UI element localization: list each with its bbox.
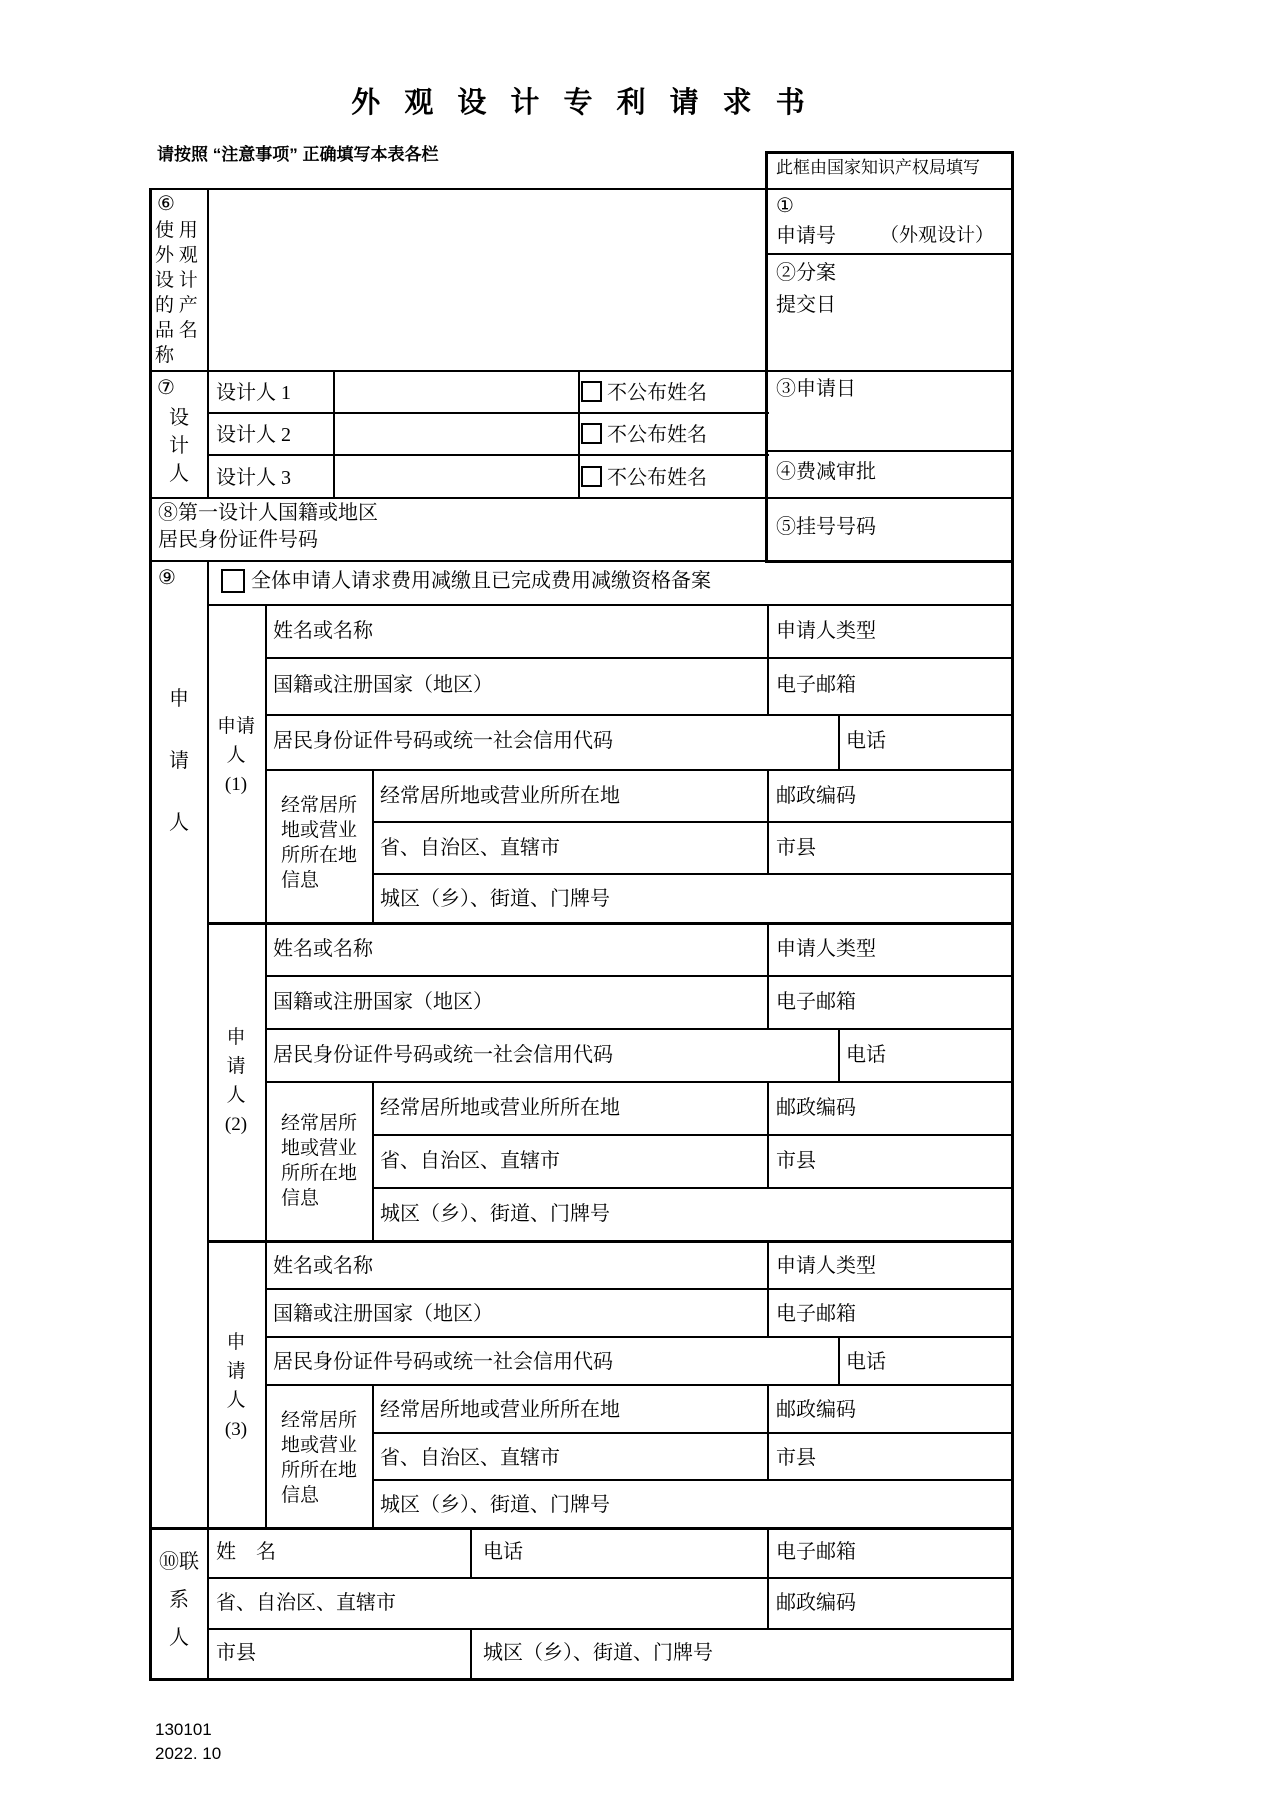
designer-3-hide-name-checkbox[interactable] bbox=[581, 466, 602, 487]
designer-2-name-field[interactable] bbox=[335, 414, 576, 452]
designer-3-name-field[interactable] bbox=[335, 456, 576, 495]
product-name-label: 使 用 外 观 设 计 的 产 品 名 称 bbox=[155, 218, 205, 368]
grid-line bbox=[372, 821, 1013, 823]
grid-line bbox=[838, 1028, 840, 1081]
grid-line bbox=[372, 1081, 374, 1240]
first-designer-nationality-label: ⑧第一设计人国籍或地区 bbox=[158, 501, 378, 525]
grid-line bbox=[767, 1081, 769, 1187]
applicant-2-postcode-label: 邮政编码 bbox=[776, 1096, 856, 1120]
form-title: 外 观 设 计 专 利 请 求 书 bbox=[151, 80, 1013, 121]
grid-line bbox=[207, 188, 209, 497]
grid-line bbox=[151, 560, 769, 562]
applicant-3-label: 申 请 人 (3) bbox=[207, 1328, 265, 1444]
designer-side-label: 设 计 人 bbox=[151, 404, 207, 488]
contact-name-label: 姓 名 bbox=[216, 1540, 276, 1564]
grid-line bbox=[151, 1678, 1014, 1681]
application-number-label: 申请号 bbox=[776, 224, 836, 248]
applicant-1-postcode-label: 邮政编码 bbox=[776, 784, 856, 808]
grid-line bbox=[767, 1527, 769, 1628]
first-designer-id-label: 居民身份证件号码 bbox=[158, 528, 318, 552]
design-patent-request-form: 外 观 设 计 专 利 请 求 书 请按照 “注意事项” 正确填写本表各栏 此框… bbox=[0, 0, 1280, 1810]
applicant-2-label: 申 请 人 (2) bbox=[207, 1023, 265, 1139]
grid-line bbox=[265, 1081, 1013, 1083]
designer-2-hide-name-label: 不公布姓名 bbox=[607, 423, 707, 447]
grid-line bbox=[265, 975, 1013, 977]
grid-line bbox=[372, 1384, 374, 1527]
applicant-2-phone-label: 电话 bbox=[846, 1043, 886, 1067]
grid-line bbox=[207, 454, 769, 456]
grid-line bbox=[767, 188, 1012, 190]
applicant-3-city-label: 市县 bbox=[776, 1446, 816, 1470]
applicant-1-city-label: 市县 bbox=[776, 836, 816, 860]
grid-line bbox=[151, 1527, 1013, 1530]
grid-line bbox=[207, 604, 1013, 606]
applicant-3-name-label: 姓名或名称 bbox=[273, 1254, 373, 1278]
applicant-2-name-label: 姓名或名称 bbox=[273, 937, 373, 961]
applicant-3-street-label: 城区（乡）、街道、门牌号 bbox=[380, 1493, 610, 1517]
fee-reduction-label: 全体申请人请求费用减缴且已完成费用减缴资格备案 bbox=[251, 569, 711, 593]
grid-line bbox=[372, 1479, 1013, 1481]
applicant-1-province-label: 省、自治区、直辖市 bbox=[380, 836, 560, 860]
section-6-number: ⑥ bbox=[157, 192, 175, 216]
application-number-circled-1: ① bbox=[776, 194, 794, 218]
office-use-box bbox=[765, 151, 1014, 563]
grid-line bbox=[767, 604, 769, 714]
submission-date-label: 提交日 bbox=[776, 293, 836, 317]
applicant-2-residence-label: 经常居所地或营业所所在地 bbox=[380, 1096, 620, 1120]
applicant-1-label: 申请 人 (1) bbox=[207, 712, 265, 799]
grid-line bbox=[265, 1336, 1013, 1338]
contact-email-label: 电子邮箱 bbox=[776, 1540, 856, 1564]
applicant-3-id-label: 居民身份证件号码或统一社会信用代码 bbox=[273, 1350, 613, 1374]
contact-province-label: 省、自治区、直辖市 bbox=[216, 1591, 396, 1615]
grid-line bbox=[265, 714, 1013, 716]
designer-1-name-field[interactable] bbox=[335, 372, 576, 410]
designer-1-label: 设计人 1 bbox=[216, 381, 291, 405]
applicant-3-postcode-label: 邮政编码 bbox=[776, 1398, 856, 1422]
grid-line bbox=[151, 370, 769, 372]
grid-line bbox=[838, 714, 840, 769]
grid-line bbox=[265, 1384, 1013, 1386]
contact-phone-label: 电话 bbox=[483, 1540, 523, 1564]
grid-line bbox=[149, 188, 152, 1681]
contact-street-label: 城区（乡）、街道、门牌号 bbox=[483, 1641, 713, 1665]
grid-line bbox=[767, 769, 769, 873]
grid-line bbox=[333, 370, 335, 497]
section-7-number: ⑦ bbox=[157, 376, 175, 400]
designer-1-hide-name-checkbox[interactable] bbox=[581, 381, 602, 402]
grid-line bbox=[470, 1628, 472, 1678]
applicant-3-phone-label: 电话 bbox=[846, 1350, 886, 1374]
applicant-1-residence-block-label: 经常居所 地或营业 所所在地 信息 bbox=[281, 793, 363, 893]
applicant-1-email-label: 电子邮箱 bbox=[776, 673, 856, 697]
designer-3-label: 设计人 3 bbox=[216, 466, 291, 490]
grid-line bbox=[151, 497, 769, 499]
grid-line bbox=[207, 1628, 1013, 1630]
division-label: ②分案 bbox=[776, 261, 836, 285]
applicant-3-residence-block-label: 经常居所 地或营业 所所在地 信息 bbox=[281, 1408, 363, 1508]
applicant-1-street-label: 城区（乡）、街道、门牌号 bbox=[380, 887, 610, 911]
form-code: 130101 bbox=[155, 1718, 212, 1741]
filing-date-label: ③申请日 bbox=[776, 377, 856, 401]
applicant-3-residence-label: 经常居所地或营业所所在地 bbox=[380, 1398, 620, 1422]
grid-line bbox=[207, 922, 1013, 925]
contact-postcode-label: 邮政编码 bbox=[776, 1591, 856, 1615]
applicant-3-email-label: 电子邮箱 bbox=[776, 1302, 856, 1326]
fee-reduction-approval-label: ④费减审批 bbox=[776, 460, 876, 484]
grid-line bbox=[265, 1288, 1013, 1290]
form-date: 2022. 10 bbox=[155, 1742, 221, 1765]
product-name-field[interactable] bbox=[210, 190, 764, 368]
grid-line bbox=[265, 657, 1013, 659]
grid-line bbox=[767, 1240, 769, 1336]
grid-line bbox=[151, 188, 769, 190]
applicant-2-city-label: 市县 bbox=[776, 1149, 816, 1173]
grid-line bbox=[265, 604, 267, 1527]
applicant-1-type-label: 申请人类型 bbox=[776, 619, 876, 643]
applicant-3-nationality-label: 国籍或注册国家（地区） bbox=[273, 1302, 493, 1326]
grid-line bbox=[207, 1577, 1013, 1579]
applicant-1-phone-label: 电话 bbox=[846, 729, 886, 753]
grid-line bbox=[207, 412, 769, 414]
applicant-1-residence-label: 经常居所地或营业所所在地 bbox=[380, 784, 620, 808]
grid-line bbox=[372, 1187, 1013, 1189]
grid-line bbox=[767, 497, 1012, 499]
grid-line bbox=[767, 1384, 769, 1479]
contact-city-label: 市县 bbox=[216, 1641, 256, 1665]
applicant-2-email-label: 电子邮箱 bbox=[776, 990, 856, 1014]
grid-line bbox=[372, 1134, 1013, 1136]
grid-line bbox=[372, 1432, 1013, 1434]
grid-line bbox=[838, 1336, 840, 1384]
grid-line bbox=[767, 922, 769, 1028]
grid-line bbox=[207, 560, 209, 1678]
designer-2-hide-name-checkbox[interactable] bbox=[581, 423, 602, 444]
registered-number-label: ⑤挂号号码 bbox=[776, 515, 876, 539]
grid-line bbox=[372, 769, 374, 922]
designer-2-label: 设计人 2 bbox=[216, 423, 291, 447]
designer-3-hide-name-label: 不公布姓名 bbox=[607, 466, 707, 490]
applicant-1-nationality-label: 国籍或注册国家（地区） bbox=[273, 673, 493, 697]
grid-line bbox=[265, 1028, 1013, 1030]
applicant-side-label: 申 请 人 bbox=[151, 668, 207, 854]
fill-instruction: 请按照 “注意事项” 正确填写本表各栏 bbox=[157, 140, 438, 165]
grid-line bbox=[767, 370, 1012, 372]
applicant-2-residence-block-label: 经常居所 地或营业 所所在地 信息 bbox=[281, 1111, 363, 1211]
grid-line bbox=[767, 450, 1012, 452]
applicant-3-province-label: 省、自治区、直辖市 bbox=[380, 1446, 560, 1470]
applicant-1-name-label: 姓名或名称 bbox=[273, 619, 373, 643]
grid-line bbox=[372, 873, 1013, 875]
contact-side-label: ⑩联 系 人 bbox=[151, 1543, 207, 1657]
office-box-header: 此框由国家知识产权局填写 bbox=[776, 157, 980, 179]
grid-line bbox=[265, 769, 1013, 771]
fee-reduction-checkbox[interactable] bbox=[221, 569, 245, 593]
applicant-2-id-label: 居民身份证件号码或统一社会信用代码 bbox=[273, 1043, 613, 1067]
grid-line bbox=[578, 370, 580, 497]
applicant-2-type-label: 申请人类型 bbox=[776, 937, 876, 961]
applicant-1-id-label: 居民身份证件号码或统一社会信用代码 bbox=[273, 729, 613, 753]
design-type-note: （外观设计） bbox=[880, 224, 994, 248]
applicant-3-type-label: 申请人类型 bbox=[776, 1254, 876, 1278]
grid-line bbox=[767, 253, 1012, 255]
grid-line bbox=[1011, 560, 1014, 1681]
applicant-2-province-label: 省、自治区、直辖市 bbox=[380, 1149, 560, 1173]
applicant-2-street-label: 城区（乡）、街道、门牌号 bbox=[380, 1202, 610, 1226]
applicant-2-nationality-label: 国籍或注册国家（地区） bbox=[273, 990, 493, 1014]
grid-line bbox=[207, 1240, 1013, 1243]
section-9-number: ⑨ bbox=[158, 566, 176, 590]
designer-1-hide-name-label: 不公布姓名 bbox=[607, 381, 707, 405]
grid-line bbox=[470, 1527, 472, 1577]
